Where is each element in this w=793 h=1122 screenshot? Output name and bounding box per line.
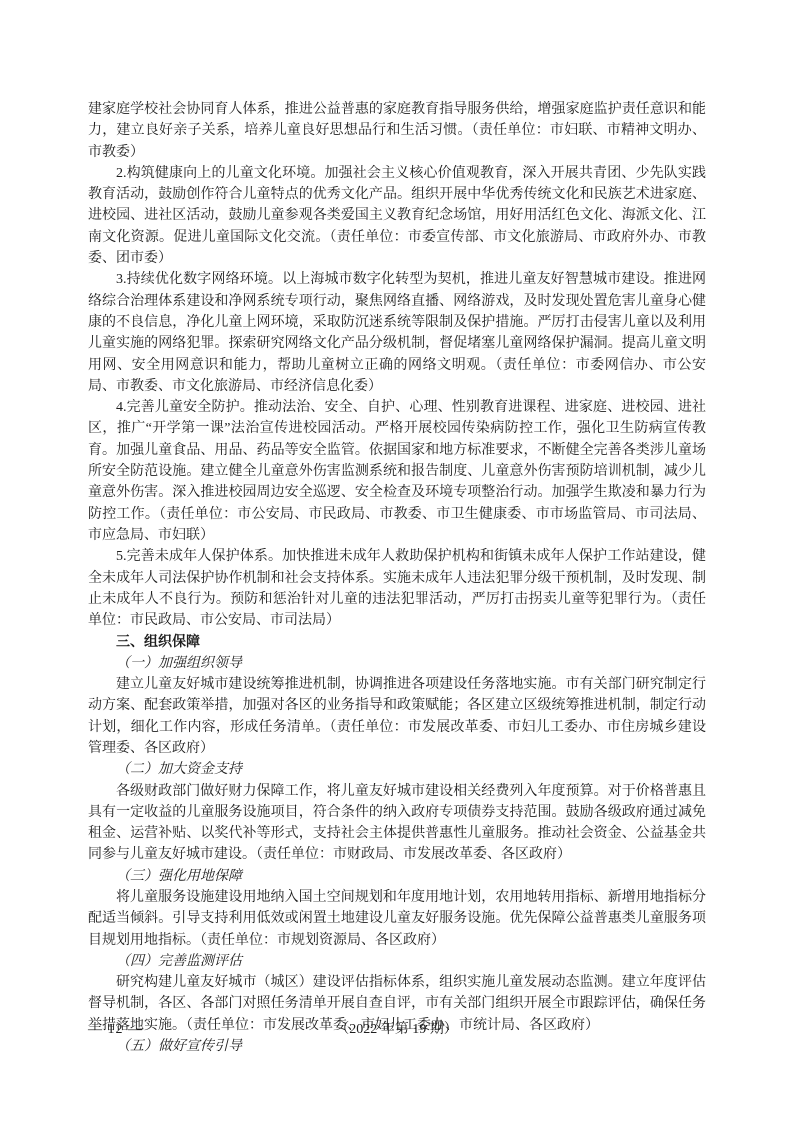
paragraph-item-4: 4.完善儿童安全防护。推动法治、安全、自护、心理、性别教育进课程、进家庭、进校园… (88, 397, 706, 546)
subsection-heading-1: （一）加强组织领导 (88, 653, 706, 674)
page-footer: （2022 年第 19 期） — 12 — (0, 1019, 793, 1041)
paragraph-item-3: 3.持续优化数字网络环境。以上海城市数字化转型为契机，推进儿童友好智慧城市建设。… (88, 269, 706, 397)
paragraph-item-5: 5.完善未成年人保护体系。加快推进未成年人救助保护机构和街镇未成年人保护工作站建… (88, 546, 706, 631)
subsection-heading-4: （四）完善监测评估 (88, 951, 706, 972)
paragraph-item-2: 2.构筑健康向上的儿童文化环境。加强社会主义核心价值观教育，深入开展共青团、少先… (88, 163, 706, 269)
paragraph-land: 将儿童服务设施建设用地纳入国土空间规划和年度用地计划，农用地转用指标、新增用地指… (88, 887, 706, 951)
document-body: 建家庭学校社会协同育人体系，推进公益普惠的家庭教育指导服务供给，增强家庭监护责任… (88, 99, 706, 1057)
subsection-heading-2: （二）加大资金支持 (88, 759, 706, 780)
paragraph-funding: 各级财政部门做好财力保障工作，将儿童友好城市建设相关经费列入年度预算。对于价格普… (88, 781, 706, 866)
paragraph-continuation: 建家庭学校社会协同育人体系，推进公益普惠的家庭教育指导服务供给，增强家庭监护责任… (88, 99, 706, 163)
section-heading-3: 三、组织保障 (88, 631, 706, 652)
subsection-heading-3: （三）强化用地保障 (88, 866, 706, 887)
document-page: 建家庭学校社会协同育人体系，推进公益普惠的家庭教育指导服务供给，增强家庭监护责任… (0, 0, 793, 1122)
footer-page-number: — 12 — (88, 1019, 143, 1041)
paragraph-org-leadership: 建立儿童友好城市建设统筹推进机制，协调推进各项建设任务落地实施。市有关部门研究制… (88, 674, 706, 759)
